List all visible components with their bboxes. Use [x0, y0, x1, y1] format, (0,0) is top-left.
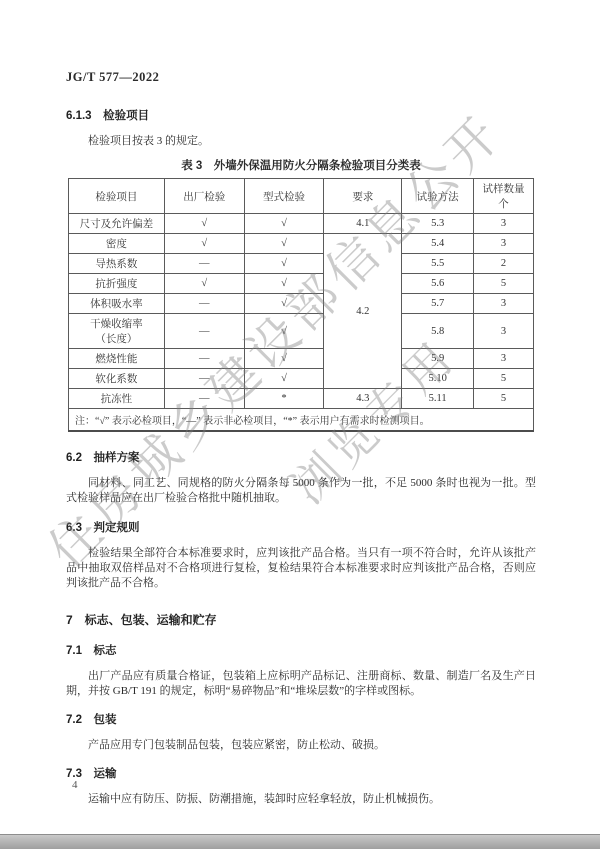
col-header-type: 型式检验: [244, 179, 324, 214]
table-row: 密度 √ √ 4.2 5.4 3: [69, 234, 534, 254]
cell-qty: 2: [474, 254, 534, 274]
cell-item: 软化系数: [69, 369, 165, 389]
cell-factory: —: [164, 314, 244, 349]
paragraph-6-1-3: 检验项目按表 3 的规定。: [66, 134, 536, 149]
cell-type: √: [244, 314, 324, 349]
cell-qty: 5: [474, 274, 534, 294]
cell-type: √: [244, 369, 324, 389]
table-row: 抗折强度 √ √ 5.6 5: [69, 274, 534, 294]
paragraph-6-3: 检验结果全部符合本标准要求时，应判该批产品合格。当只有一项不符合时，允许从该批产…: [66, 546, 536, 591]
table-row: 燃烧性能 — √ 5.9 3: [69, 349, 534, 369]
scan-edge-shadow: [0, 834, 600, 849]
scanned-standard-page: { "page": { "standard_number": "JG/T 577…: [0, 0, 600, 849]
cell-method: 5.5: [402, 254, 474, 274]
heading-7-2: 7.2 包装: [66, 711, 536, 727]
heading-7-3: 7.3 运输: [66, 765, 536, 781]
cell-type: √: [244, 349, 324, 369]
paragraph-7-1: 出厂产品应有质量合格证，包装箱上应标明产品标记、注册商标、数量、制造厂名及生产日…: [66, 669, 536, 699]
page-number: 4: [72, 779, 78, 791]
cell-type: √: [244, 274, 324, 294]
table-row: 体积吸水率 — √ 5.7 3: [69, 294, 534, 314]
paragraph-7-2: 产品应用专门包装制品包装，包装应紧密，防止松动、破损。: [66, 738, 536, 753]
cell-req-merged: 4.2: [324, 234, 402, 389]
table-row: 尺寸及允许偏差 √ √ 4.1 5.3 3: [69, 214, 534, 234]
cell-type: *: [244, 389, 324, 409]
cell-item: 干燥收缩率 （长度）: [69, 314, 165, 349]
cell-method: 5.7: [402, 294, 474, 314]
cell-method: 5.6: [402, 274, 474, 294]
cell-factory: √: [164, 234, 244, 254]
table-3-title: 表 3 外墙外保温用防火分隔条检验项目分类表: [66, 157, 536, 173]
col-header-quantity: 试样数量 个: [474, 179, 534, 214]
col-header-req: 要求: [324, 179, 402, 214]
cell-qty: 3: [474, 294, 534, 314]
cell-req: 4.3: [324, 389, 402, 409]
cell-qty: 5: [474, 389, 534, 409]
cell-factory: —: [164, 349, 244, 369]
table-row: 导热系数 — √ 5.5 2: [69, 254, 534, 274]
standard-number: JG/T 577—2022: [66, 70, 536, 85]
cell-type: √: [244, 254, 324, 274]
table-note-row: 注：“√” 表示必检项目，“—” 表示非必检项目，“*” 表示用户有需求时检测项…: [69, 409, 534, 432]
cell-method: 5.10: [402, 369, 474, 389]
page-content: JG/T 577—2022 6.1.3 检验项目 检验项目按表 3 的规定。 表…: [0, 0, 600, 807]
table-row: 干燥收缩率 （长度） — √ 5.8 3: [69, 314, 534, 349]
cell-factory: —: [164, 389, 244, 409]
table-row: 软化系数 — √ 5.10 5: [69, 369, 534, 389]
cell-item: 抗折强度: [69, 274, 165, 294]
col-header-factory: 出厂检验: [164, 179, 244, 214]
inspection-items-table: 检验项目 出厂检验 型式检验 要求 试验方法 试样数量 个 尺寸及允许偏差 √ …: [68, 178, 534, 432]
table-note: 注：“√” 表示必检项目，“—” 表示非必检项目，“*” 表示用户有需求时检测项…: [69, 409, 534, 432]
col-header-method: 试验方法: [402, 179, 474, 214]
paragraph-7-3: 运输中应有防压、防振、防潮措施，装卸时应轻拿轻放，防止机械损伤。: [66, 792, 536, 807]
paragraph-6-2: 同材料、同工艺、同规格的防火分隔条每 5000 条作为一批，不足 5000 条时…: [66, 476, 536, 506]
table-row: 抗冻性 — * 4.3 5.11 5: [69, 389, 534, 409]
heading-6-2: 6.2 抽样方案: [66, 449, 536, 465]
cell-method: 5.9: [402, 349, 474, 369]
cell-method: 5.3: [402, 214, 474, 234]
heading-6-1-3: 6.1.3 检验项目: [66, 107, 536, 123]
cell-qty: 5: [474, 369, 534, 389]
cell-type: √: [244, 294, 324, 314]
cell-method: 5.8: [402, 314, 474, 349]
cell-factory: √: [164, 214, 244, 234]
cell-item: 尺寸及允许偏差: [69, 214, 165, 234]
cell-method: 5.11: [402, 389, 474, 409]
heading-7: 7 标志、包装、运输和贮存: [66, 611, 536, 628]
cell-qty: 3: [474, 314, 534, 349]
cell-qty: 3: [474, 214, 534, 234]
col-header-item: 检验项目: [69, 179, 165, 214]
table-header-row: 检验项目 出厂检验 型式检验 要求 试验方法 试样数量 个: [69, 179, 534, 214]
cell-qty: 3: [474, 234, 534, 254]
cell-item: 密度: [69, 234, 165, 254]
cell-type: √: [244, 214, 324, 234]
cell-factory: —: [164, 294, 244, 314]
cell-qty: 3: [474, 349, 534, 369]
cell-factory: —: [164, 369, 244, 389]
cell-factory: √: [164, 274, 244, 294]
cell-type: √: [244, 234, 324, 254]
cell-item: 体积吸水率: [69, 294, 165, 314]
cell-item: 抗冻性: [69, 389, 165, 409]
heading-7-1: 7.1 标志: [66, 642, 536, 658]
cell-method: 5.4: [402, 234, 474, 254]
heading-6-3: 6.3 判定规则: [66, 519, 536, 535]
cell-factory: —: [164, 254, 244, 274]
cell-item: 导热系数: [69, 254, 165, 274]
cell-req: 4.1: [324, 214, 402, 234]
cell-item: 燃烧性能: [69, 349, 165, 369]
